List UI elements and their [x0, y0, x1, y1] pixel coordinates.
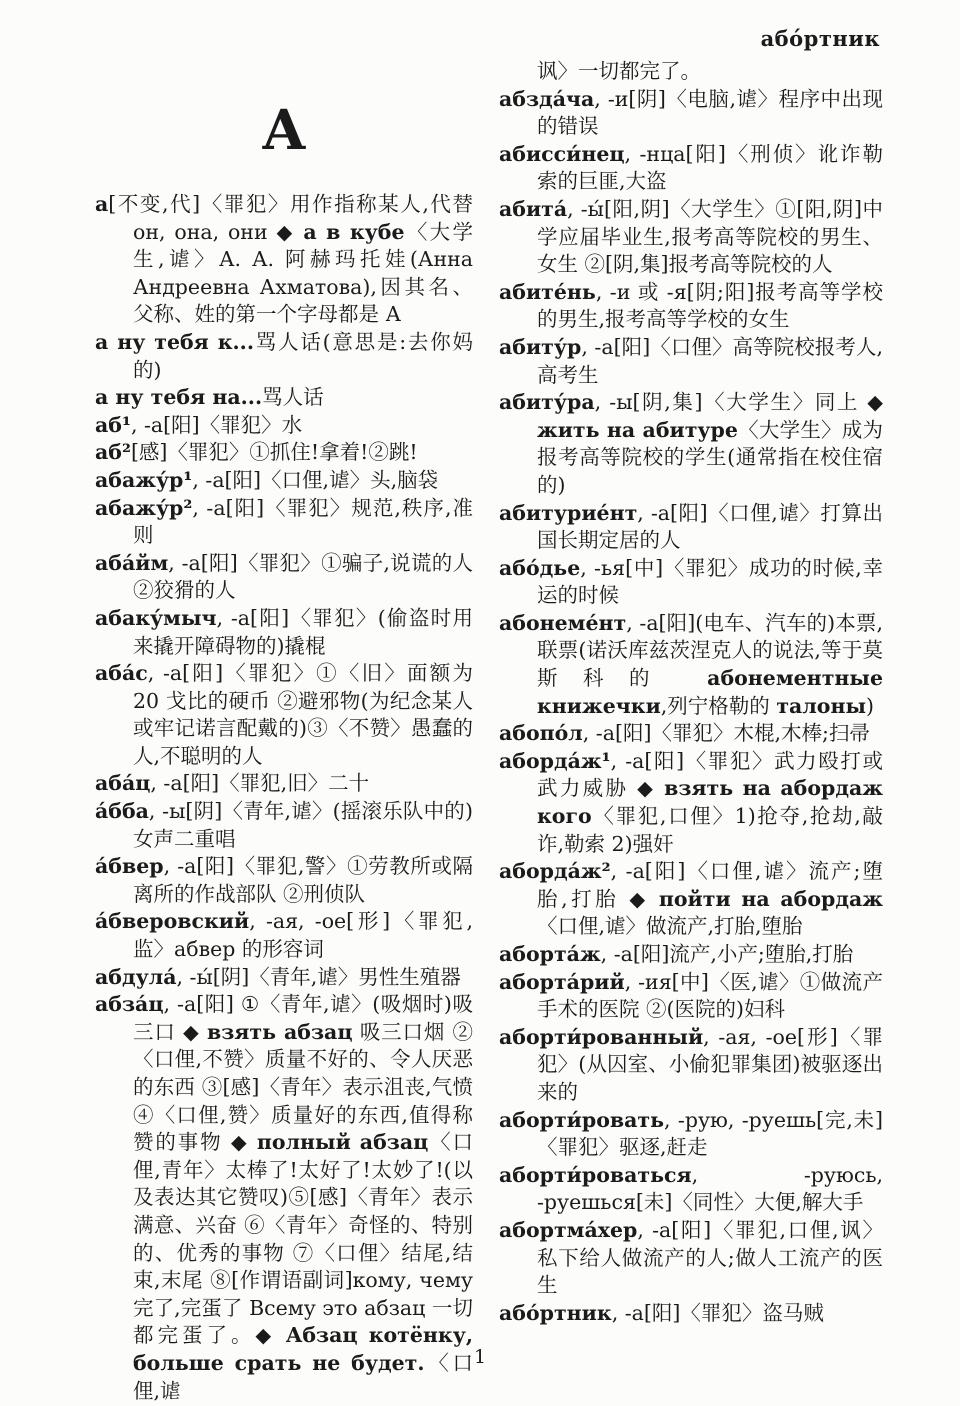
dictionary-entry: або́дье, -ья[中]〈罪犯〉成功的时候,幸运的时候 [499, 555, 883, 610]
dictionary-entry: абажу́р², -а[阳]〈罪犯〉规范,秩序,准则 [95, 495, 473, 550]
entry-headword: аба́ц [95, 771, 150, 795]
dictionary-page: або́ртник А а[不变,代]〈罪犯〉用作指称某人,代替он, она,… [0, 0, 960, 1406]
dictionary-entry: абите́нь, -и 或 -я[阴;阳]报考高等学校的男生,报考高等学校的女… [499, 279, 883, 334]
dictionary-entry: аборта́ж, -а[阳]流产,小产;堕胎,打胎 [499, 941, 883, 969]
entry-headword: а ну тебя к... [95, 330, 254, 354]
entry-headword: аборти́роваться [499, 1163, 692, 1187]
dictionary-entry: абажу́р¹, -а[阳]〈口俚,谑〉头,脑袋 [95, 467, 473, 495]
dictionary-entry: абита́, -ы́[阳,阴]〈大学生〉①[阳,阴]中学应届毕业生,报考高等院… [499, 196, 883, 279]
entry-headword: абонеме́нт [499, 611, 626, 635]
entry-headword: абзда́ча [499, 87, 594, 111]
entry-headword: абза́ц [95, 992, 163, 1016]
dictionary-entry: аборда́ж¹, -а[阳]〈罪犯〉武力殴打或武力威胁 ◆ взять на… [499, 748, 883, 858]
dictionary-entry: а́бба, -ы[阴]〈青年,谑〉(摇滚乐队中的)女声二重唱 [95, 798, 473, 853]
entry-headword: а́бвер [95, 854, 164, 878]
dictionary-entry: або́ртник, -а[阳]〈罪犯〉盗马贼 [499, 1300, 883, 1328]
dictionary-entry: а́бвер, -а[阳]〈罪犯,警〉①劳教所或隔离所的作战部队 ②刑侦队 [95, 853, 473, 908]
dictionary-entry: аба́ц, -а[阳]〈罪犯,旧〉二十 [95, 770, 473, 798]
entry-text: , -ы[阴,集]〈大学生〉同上 ◆ [595, 390, 883, 414]
entry-headword: абортма́хер [499, 1218, 637, 1242]
dictionary-entry: аба́йм, -а[阳]〈罪犯〉①骗子,说谎的人 ②狡猾的人 [95, 550, 473, 605]
entry-headword: аборти́рованный [499, 1025, 703, 1049]
left-column: А а[不变,代]〈罪犯〉用作指称某人,代替он, она, они ◆ а в… [95, 86, 473, 1405]
dictionary-entry: а ну тебя на...骂人话 [95, 384, 473, 412]
entry-text: 讽〉一切都完了。 [537, 59, 701, 83]
entry-headword: а́бверовский [95, 909, 249, 933]
page-number: 1 [0, 1346, 960, 1368]
entry-headword: абажу́р¹ [95, 468, 192, 492]
entry-text: ) [866, 694, 874, 718]
entry-headword: або́ртник [499, 1301, 612, 1325]
entry-headword: а [95, 192, 108, 216]
entry-headword: абитурие́нт [499, 501, 637, 525]
entry-bold-phrase: пойти на абордаж [659, 887, 883, 911]
entry-bold-phrase: а в кубе [303, 220, 404, 244]
entry-headword: абиту́р [499, 335, 581, 359]
dictionary-entry: аборти́роваться, -руюсь, -руешься[未]〈同性〉… [499, 1162, 883, 1217]
entry-headword: аборти́ровать [499, 1108, 664, 1132]
entry-headword: аборда́ж² [499, 859, 611, 883]
entry-bold-phrase: талоны [776, 694, 866, 718]
entry-text: 〈口俚,青年〉太棒了!太好了!太妙了!(以及表达其它赞叹)⑤[感]〈青年〉表示满… [133, 1130, 473, 1347]
entry-text: , -а[阳]流产,小产;堕胎,打胎 [601, 942, 854, 966]
dictionary-entry: абиту́ра, -ы[阴,集]〈大学生〉同上 ◆ жить на абиту… [499, 389, 883, 499]
entry-text: , -ы́[阳,阴]〈大学生〉①[阳,阴]中学应届毕业生,报考高等院校的男生、女… [537, 197, 883, 276]
dictionary-entry: абиту́р, -а[阳]〈口俚〉高等院校报考人,高考生 [499, 334, 883, 389]
entry-headword: абаку́мыч [95, 606, 217, 630]
dictionary-entry: аб²[感]〈罪犯〉①抓住!拿着!②跳! [95, 439, 473, 467]
dictionary-entry: аборта́рий, -ия[中]〈医,谑〉①做流产手术的医院 ②(医院的)妇… [499, 969, 883, 1024]
entry-text: , -а[阳]〈口俚〉高等院校报考人,高考生 [537, 335, 883, 387]
entry-text: , -ы́[阴]〈青年,谑〉男性生殖器 [176, 965, 460, 989]
entry-text: , -а[阳]〈罪犯〉木棍,木棒;扫帚 [583, 721, 870, 745]
entry-headword: а ну тебя на... [95, 385, 262, 409]
dictionary-entry: аборти́ровать, -рую, -руешь[完,未]〈罪犯〉驱逐,赶… [499, 1107, 883, 1162]
entry-headword: аба́с [95, 661, 148, 685]
entry-text: ,列宁格勒的 [661, 694, 777, 718]
dictionary-entry: абзда́ча, -и[阴]〈电脑,谑〉程序中出现的错误 [499, 86, 883, 141]
entry-headword: абажу́р² [95, 496, 192, 520]
entry-headword: аб² [95, 440, 131, 464]
dictionary-entry: аба́с, -а[阳]〈罪犯〉①〈旧〉面额为 20 戈比的硬币 ②避邪物(为纪… [95, 660, 473, 770]
section-letter: А [95, 102, 473, 157]
entry-text: [感]〈罪犯〉①抓住!拿着!②跳! [131, 440, 418, 464]
entry-text: , -а[阳]〈罪犯,警〉①劳教所或隔离所的作战部队 ②刑侦队 [133, 854, 473, 906]
dictionary-entry: а́бверовский, -ая, -ое[形]〈罪犯,监〉абвер 的形容… [95, 908, 473, 963]
entry-headword: а́бба [95, 799, 149, 823]
entry-bold-phrase: взять абзац [207, 1020, 353, 1044]
right-column: 讽〉一切都完了。абзда́ча, -и[阴]〈电脑,谑〉程序中出现的错误аби… [499, 58, 883, 1327]
entry-headword: аборта́рий [499, 970, 625, 994]
right-entries: 讽〉一切都完了。абзда́ча, -и[阴]〈电脑,谑〉程序中出现的错误аби… [499, 58, 883, 1327]
entry-text: 〈口俚,谑〉做流产,打胎,堕胎 [537, 914, 803, 938]
dictionary-entry: абопо́л, -а[阳]〈罪犯〉木棍,木棒;扫帚 [499, 720, 883, 748]
running-header: або́ртник [761, 26, 880, 51]
entry-headword: абите́нь [499, 280, 596, 304]
entry-bold-phrase: полный абзац [257, 1130, 428, 1154]
dictionary-entry: аборда́ж², -а[阳]〈口俚,谑〉流产;堕胎,打胎 ◆ пойти н… [499, 858, 883, 941]
entry-text: , -а[阳]〈罪犯〉①骗子,说谎的人 ②狡猾的人 [133, 551, 473, 603]
entry-text: 骂人话 [262, 385, 324, 409]
dictionary-entry: абдула́, -ы́[阴]〈青年,谑〉男性生殖器 [95, 964, 473, 992]
dictionary-entry: абонеме́нт, -а[阳](电车、汽车的)本票,联票(诺沃库兹茨涅克人的… [499, 610, 883, 720]
entry-text: , -а[阳]〈罪犯〉水 [131, 413, 302, 437]
entry-text: , -а[阳]〈罪犯,旧〉二十 [150, 771, 369, 795]
dictionary-entry: а ну тебя к...骂人话(意思是:去你妈的) [95, 329, 473, 384]
entry-headword: абита́ [499, 197, 567, 221]
entry-headword: аб¹ [95, 413, 131, 437]
dictionary-entry: аб¹, -а[阳]〈罪犯〉水 [95, 412, 473, 440]
entry-text: , -ья[中]〈罪犯〉成功的时候,幸运的时候 [537, 556, 883, 608]
entry-continuation: 讽〉一切都完了。 [499, 58, 883, 86]
entry-text: , -ы[阴]〈青年,谑〉(摇滚乐队中的)女声二重唱 [133, 799, 473, 851]
entry-bold-phrase: жить на абитуре [537, 418, 738, 442]
dictionary-entry: абисси́нец, -нца[阳]〈刑侦〉讹诈勒索的巨匪,大盗 [499, 141, 883, 196]
entry-headword: абисси́нец [499, 142, 625, 166]
dictionary-entry: абортма́хер, -а[阳]〈罪犯,口俚,讽〉私下给人做流产的人;做人工… [499, 1217, 883, 1300]
entry-text: , -а[阳]〈口俚,谑〉头,脑袋 [192, 468, 438, 492]
entry-headword: абопо́л [499, 721, 583, 745]
entry-headword: абдула́ [95, 965, 176, 989]
entry-headword: аборта́ж [499, 942, 601, 966]
entry-text: , -а[阳]〈罪犯〉①〈旧〉面额为 20 戈比的硬币 ②避邪物(为纪念某人或牢… [133, 661, 473, 768]
entry-text: , -а[阳]〈罪犯〉盗马贼 [612, 1301, 824, 1325]
left-entries: а[不变,代]〈罪犯〉用作指称某人,代替он, она, они ◆ а в к… [95, 191, 473, 1405]
entry-headword: або́дье [499, 556, 580, 580]
entry-headword: абиту́ра [499, 390, 595, 414]
dictionary-entry: абаку́мыч, -а[阳]〈罪犯〉(偷盗时用来撬开障碍物的)撬棍 [95, 605, 473, 660]
entry-headword: аборда́ж¹ [499, 749, 611, 773]
dictionary-entry: абитурие́нт, -а[阳]〈口俚,谑〉打算出国长期定居的人 [499, 500, 883, 555]
dictionary-entry: абза́ц, -а[阳] ①〈青年,谑〉(吸烟时)吸三口 ◆ взять аб… [95, 991, 473, 1405]
dictionary-entry: аборти́рованный, -ая, -ое[形]〈罪犯〉(从囚室、小偷犯… [499, 1024, 883, 1107]
dictionary-entry: а[不变,代]〈罪犯〉用作指称某人,代替он, она, они ◆ а в к… [95, 191, 473, 329]
entry-headword: аба́йм [95, 551, 168, 575]
